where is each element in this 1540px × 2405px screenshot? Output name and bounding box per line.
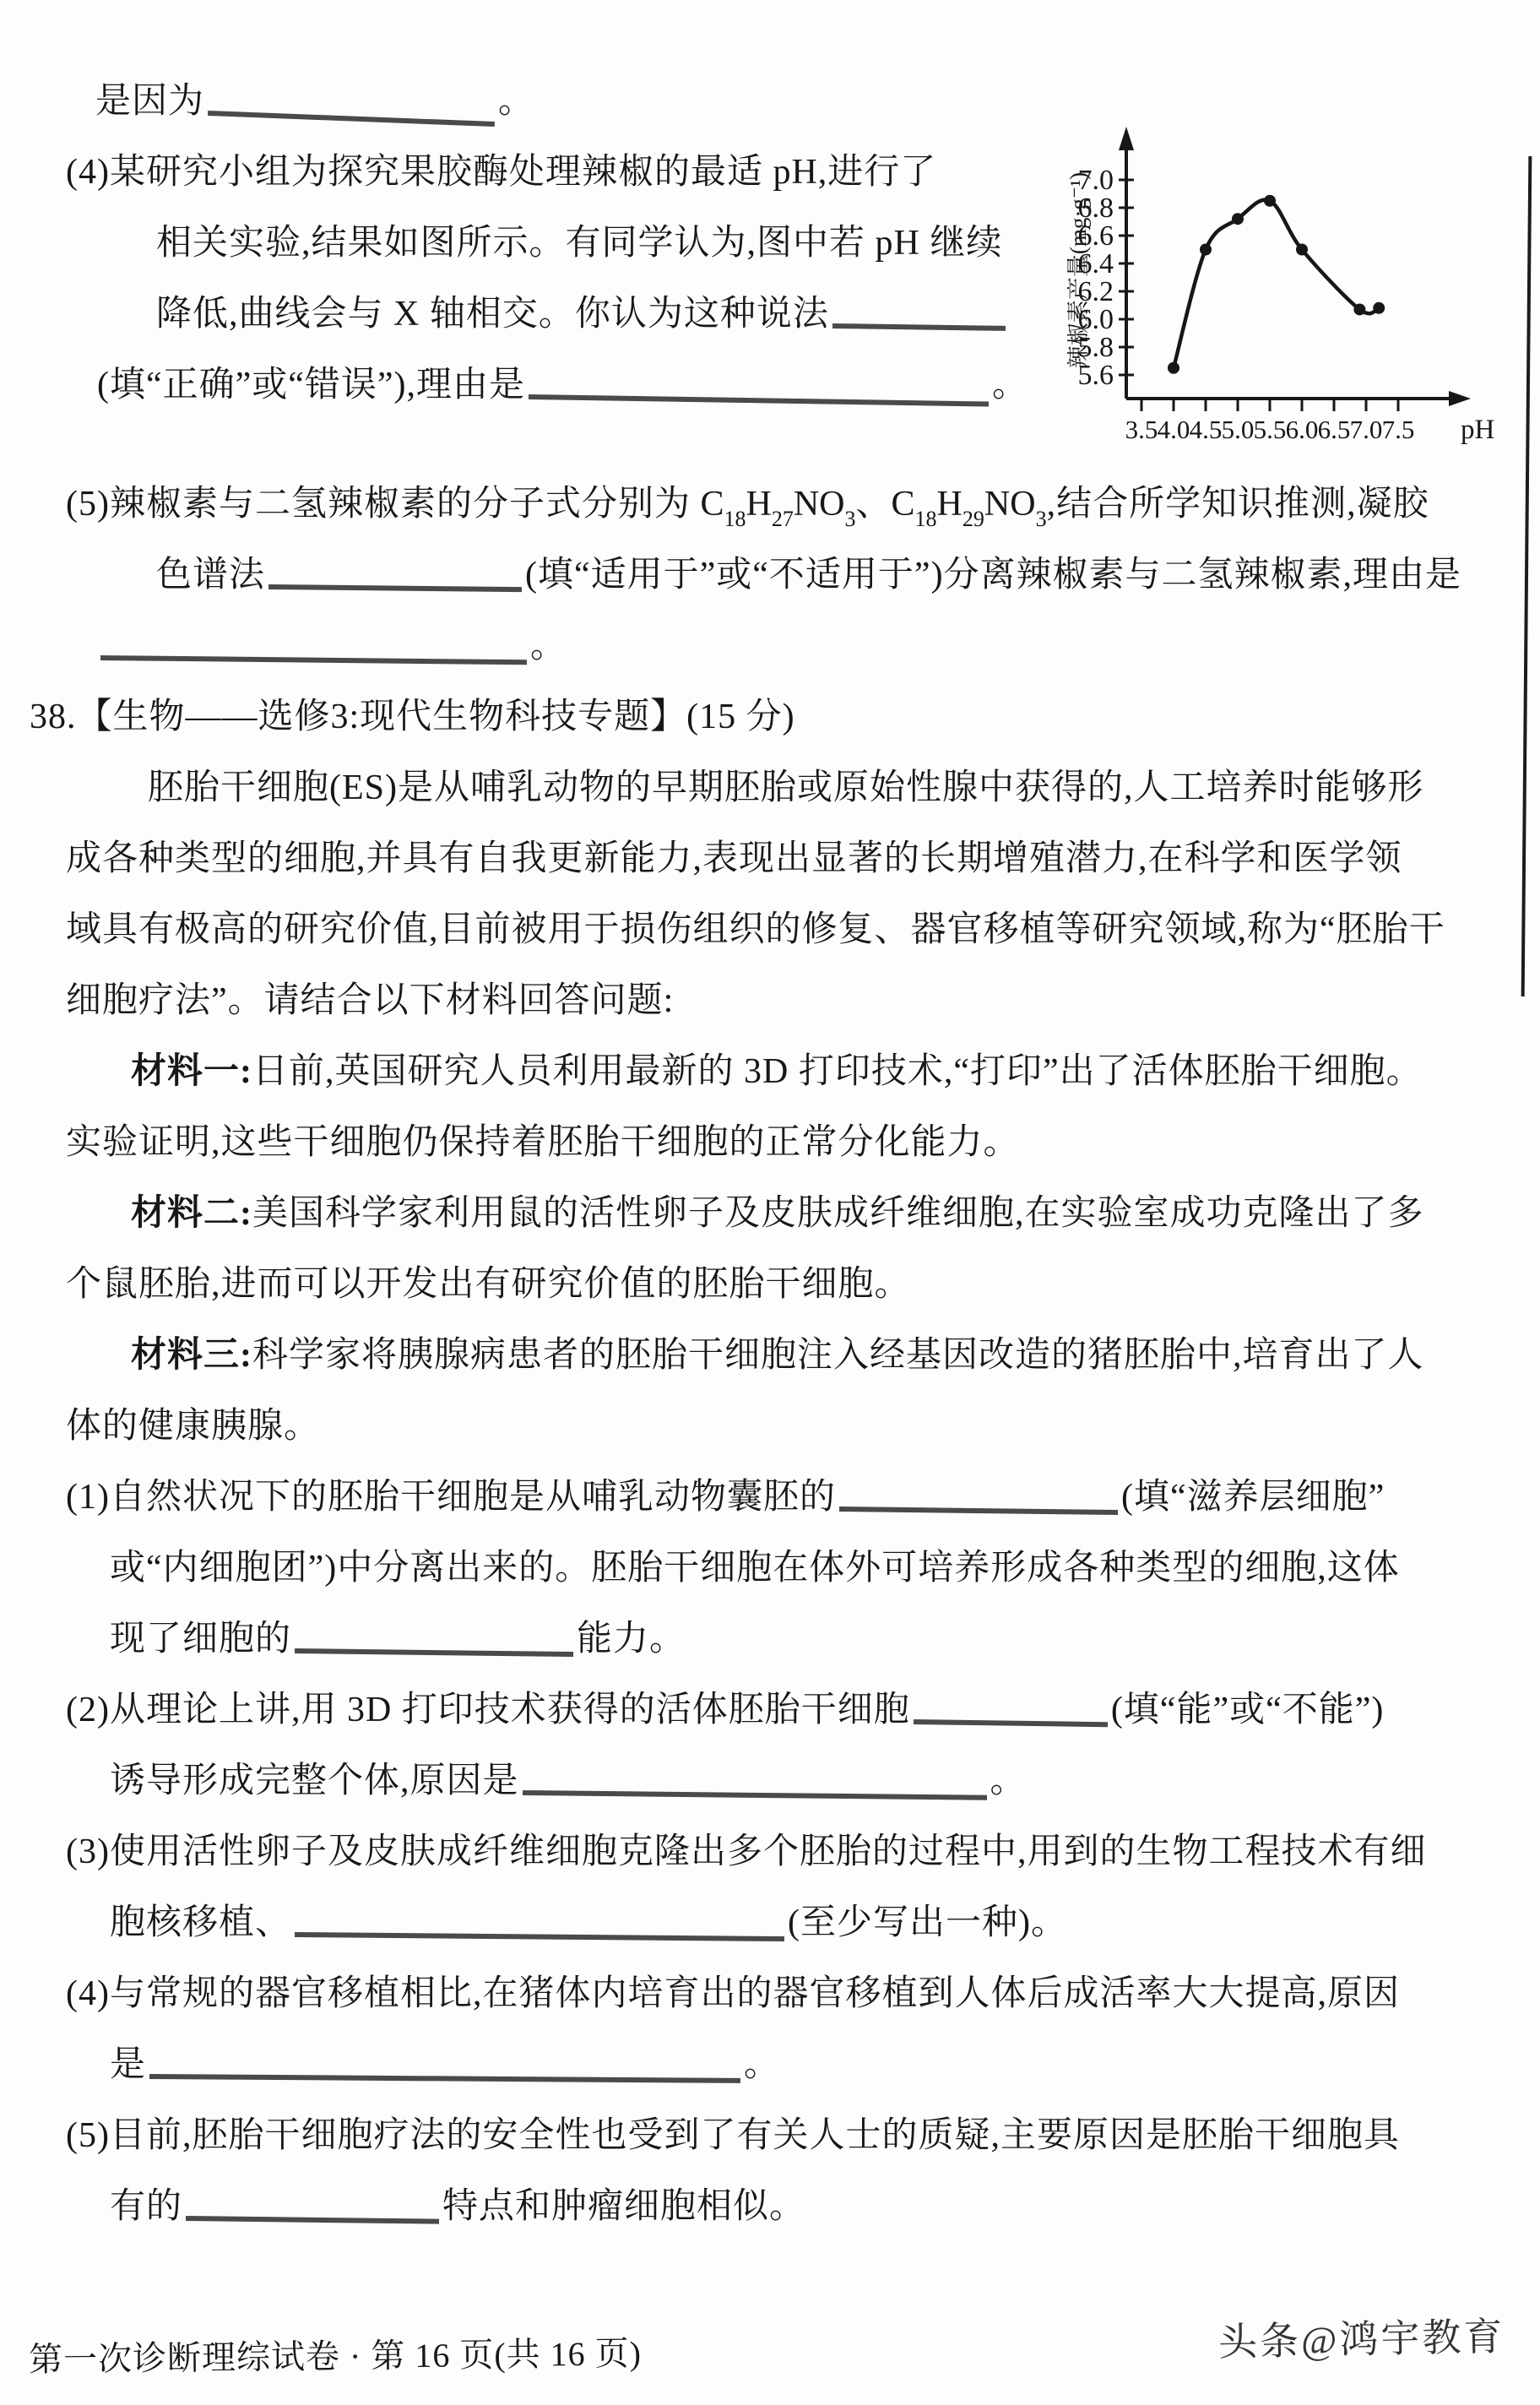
text-run: 诱导形成完整个体,原因是 (110, 1762, 519, 1800)
text-line: 现了细胞的能力。 (110, 1604, 1540, 1675)
text-run: ,结合所学知识推测,凝胶 (1047, 485, 1429, 524)
text-run: (至少写出一种)。 (788, 1903, 1067, 1942)
text-run: 胞核移植、 (110, 1903, 291, 1942)
top-left-lines: 是因为。(4)某研究小组为探究果胶酶处理辣椒的最适 pH,进行了相关实验,结果如… (0, 47, 1067, 421)
svg-text:6.0: 6.0 (1286, 415, 1319, 444)
text-line: (1)自然状况下的胚胎干细胞是从哺乳动物囊胚的(填“滋养层细胞” (66, 1462, 1540, 1533)
formula-subscript: 3 (1036, 507, 1047, 531)
material-label: 材料一: (131, 1052, 252, 1091)
text-run: 科学家将胰腺病患者的胚胎干细胞注入经基因改造的猪胚胎中,培育出了人 (252, 1336, 1424, 1375)
footer-page-number: 第一次诊断理综试卷 · 第 16 页(共 16 页) (29, 2326, 643, 2381)
text-line: 个鼠胚胎,进而可以开发出有研究价值的胚胎干细胞。 (66, 1249, 1540, 1320)
text-run: 色谱法 (156, 556, 265, 594)
text-line: 成各种类型的细胞,并具有自我更新能力,表现出显著的长期增殖潜力,在科学和医学领 (66, 823, 1540, 894)
svg-text:4.0: 4.0 (1158, 415, 1190, 444)
answer-blank (186, 2216, 439, 2224)
text-run: 实验证明,这些干细胞仍保持着胚胎干细胞的正常分化能力。 (66, 1123, 1020, 1162)
text-run: 成各种类型的细胞,并具有自我更新能力,表现出显著的长期增殖潜力,在科学和医学领 (66, 839, 1402, 878)
text-run: (1)自然状况下的胚胎干细胞是从哺乳动物囊胚的 (66, 1478, 836, 1517)
text-line: 材料二:美国科学家利用鼠的活性卵子及皮肤成纤维细胞,在实验室成功克隆出了多 (131, 1178, 1540, 1249)
formula-subscript: 18 (724, 507, 746, 531)
formula-base: NO (794, 485, 845, 524)
top-section: 是因为。(4)某研究小组为探究果胶酶处理辣椒的最适 pH,进行了相关实验,结果如… (0, 47, 1540, 453)
text-line: (填“正确”或“错误”),理由是。 (97, 350, 1067, 421)
text-run: 美国科学家利用鼠的活性卵子及皮肤成纤维细胞,在实验室成功克隆出了多 (252, 1194, 1424, 1233)
text-run: 是因为 (95, 82, 204, 121)
text-run: 胚胎干细胞(ES)是从哺乳动物的早期胚胎或原始性腺中获得的,人工培养时能够形 (148, 768, 1424, 807)
text-line: 38.【生物——选修3:现代生物科技专题】(15 分) (30, 681, 1540, 752)
text-run: 。 (992, 366, 1028, 404)
formula-base: C (892, 485, 915, 524)
text-run: 。 (530, 627, 567, 665)
capsaicin-ph-line-chart: 3.54.04.55.05.56.06.57.07.5pH5.65.86.06.… (1067, 78, 1506, 449)
formula-base: H (746, 485, 772, 524)
text-run: (填“能”或“不能”) (1111, 1691, 1385, 1729)
text-line: 胚胎干细胞(ES)是从哺乳动物的早期胚胎或原始性腺中获得的,人工培养时能够形 (148, 752, 1540, 823)
text-run: (填“滋养层细胞” (1121, 1478, 1385, 1517)
svg-text:4.5: 4.5 (1190, 415, 1223, 444)
formula-base: 、 (856, 485, 892, 524)
formula-subscript: 3 (845, 507, 856, 531)
formula-subscript: 18 (915, 507, 937, 531)
text-line: 细胞疗法”。请结合以下材料回答问题: (66, 965, 1540, 1036)
text-line: 或“内细胞团”)中分离出来的。胚胎干细胞在体外可培养形成各种类型的细胞,这体 (110, 1533, 1540, 1604)
answer-blank (149, 2074, 740, 2083)
text-run: 细胞疗法”。请结合以下材料回答问题: (66, 981, 674, 1020)
text-line: 实验证明,这些干细胞仍保持着胚胎干细胞的正常分化能力。 (66, 1107, 1540, 1178)
svg-text:辣椒素产量(mg·g⁻¹): 辣椒素产量(mg·g⁻¹) (1067, 172, 1091, 368)
text-line: 是因为。 (95, 66, 1067, 137)
text-run: 。 (744, 2045, 780, 2084)
text-run: 降低,曲线会与 X 轴相交。你认为这种说法 (156, 295, 829, 334)
text-run: 38.【生物——选修3:现代生物科技专题】(15 分) (30, 698, 795, 736)
answer-blank (208, 111, 495, 127)
text-line: 是。 (110, 2029, 1540, 2100)
text-line: 胞核移植、(至少写出一种)。 (110, 1887, 1540, 1958)
text-line: (4)某研究小组为探究果胶酶处理辣椒的最适 pH,进行了 (66, 137, 1067, 208)
text-run: 是 (110, 2045, 146, 2084)
text-run: (5)辣椒素与二氢辣椒素的分子式分别为 (66, 485, 700, 524)
text-line: 色谱法(填“适用于”或“不适用于”)分离辣椒素与二氢辣椒素,理由是 (156, 540, 1540, 611)
text-run: (3)使用活性卵子及皮肤成纤维细胞克隆出多个胚胎的过程中,用到的生物工程技术有细 (66, 1832, 1426, 1871)
text-run: (填“适用于”或“不适用于”)分离辣椒素与二氢辣椒素,理由是 (525, 556, 1461, 594)
text-line: 。 (97, 611, 1540, 681)
text-run: 现了细胞的 (110, 1620, 291, 1659)
text-line: 材料三:科学家将胰腺病患者的胚胎干细胞注入经基因改造的猪胚胎中,培育出了人 (131, 1320, 1540, 1391)
text-line: 体的健康胰腺。 (66, 1391, 1540, 1462)
svg-text:3.5: 3.5 (1125, 415, 1158, 444)
text-run: (填“正确”或“错误”),理由是 (97, 366, 525, 404)
text-line: (5)目前,胚胎干细胞疗法的安全性也受到了有关人士的质疑,主要原因是胚胎干细胞具 (66, 2100, 1540, 2171)
text-line: (4)与常规的器官移植相比,在猪体内培育出的器官移植到人体后成活率大大提高,原因 (66, 1958, 1540, 2029)
text-line: 诱导形成完整个体,原因是。 (110, 1745, 1540, 1816)
text-run: (2)从理论上讲,用 3D 打印技术获得的活体胚胎干细胞 (66, 1691, 910, 1729)
svg-text:5.5: 5.5 (1254, 415, 1287, 444)
text-run: 或“内细胞团”)中分离出来的。胚胎干细胞在体外可培养形成各种类型的细胞,这体 (110, 1549, 1400, 1588)
answer-blank (914, 1719, 1108, 1727)
text-run: (4)与常规的器官移植相比,在猪体内培育出的器官移植到人体后成活率大大提高,原因 (66, 1974, 1400, 2013)
answer-blank (529, 394, 989, 407)
answer-blank (295, 1932, 784, 1941)
text-line: (2)从理论上讲,用 3D 打印技术获得的活体胚胎干细胞(填“能”或“不能”) (66, 1675, 1540, 1745)
svg-text:7.0: 7.0 (1350, 415, 1383, 444)
answer-blank (268, 584, 522, 592)
text-run: 日前,英国研究人员利用最新的 3D 打印技术,“打印”出了活体胚胎干细胞。 (252, 1052, 1423, 1091)
formula-subscript: 27 (772, 507, 794, 531)
svg-text:7.5: 7.5 (1382, 415, 1415, 444)
formula-base: NO (984, 485, 1036, 524)
text-run: 体的健康胰腺。 (66, 1407, 320, 1446)
text-run: 域具有极高的研究价值,目前被用于损伤组织的修复、器官移植等研究领域,称为“胚胎干 (66, 910, 1445, 949)
text-line: (5)辣椒素与二氢辣椒素的分子式分别为 C18H27NO3、C18H29NO3,… (66, 469, 1540, 540)
chart-area: 3.54.04.55.05.56.06.57.07.5pH5.65.86.06.… (1067, 47, 1540, 453)
answer-blank (832, 323, 1006, 331)
page-content: 是因为。(4)某研究小组为探究果胶酶处理辣椒的最适 pH,进行了相关实验,结果如… (0, 47, 1540, 2242)
text-run: (4)某研究小组为探究果胶酶处理辣椒的最适 pH,进行了 (66, 153, 936, 192)
svg-text:6.5: 6.5 (1318, 415, 1351, 444)
answer-blank (839, 1507, 1118, 1515)
text-line: 相关实验,结果如图所示。有同学认为,图中若 pH 继续 (156, 208, 1067, 279)
text-line: 材料一:日前,英国研究人员利用最新的 3D 打印技术,“打印”出了活体胚胎干细胞… (131, 1036, 1540, 1107)
text-line: 有的特点和肿瘤细胞相似。 (110, 2171, 1540, 2242)
text-run: 。 (498, 82, 534, 121)
text-run: 特点和肿瘤细胞相似。 (442, 2187, 805, 2226)
text-run: 有的 (110, 2187, 182, 2226)
answer-blank (295, 1648, 573, 1657)
material-label: 材料二: (131, 1194, 252, 1233)
chemical-formula: C18H27NO3、C18H29NO3 (700, 485, 1046, 524)
formula-subscript: 29 (962, 507, 984, 531)
formula-base: C (700, 485, 724, 524)
text-run: 能力。 (577, 1620, 686, 1659)
svg-text:5.0: 5.0 (1222, 415, 1255, 444)
answer-blank (100, 655, 527, 665)
answer-blank (523, 1790, 987, 1800)
text-run: 。 (990, 1762, 1027, 1800)
scanned-exam-page: 是因为。(4)某研究小组为探究果胶酶处理辣椒的最适 pH,进行了相关实验,结果如… (0, 0, 1540, 2405)
body-lines: (5)辣椒素与二氢辣椒素的分子式分别为 C18H27NO3、C18H29NO3,… (0, 469, 1540, 2242)
material-label: 材料三: (131, 1336, 252, 1375)
text-line: 降低,曲线会与 X 轴相交。你认为这种说法 (156, 279, 1067, 350)
text-line: 域具有极高的研究价值,目前被用于损伤组织的修复、器官移植等研究领域,称为“胚胎干 (66, 894, 1540, 965)
svg-text:pH: pH (1461, 415, 1494, 445)
text-run: (5)目前,胚胎干细胞疗法的安全性也受到了有关人士的质疑,主要原因是胚胎干细胞具 (66, 2116, 1400, 2155)
footer-watermark: 头条@鸿宇教育 (1217, 2305, 1505, 2367)
text-run: 相关实验,结果如图所示。有同学认为,图中若 pH 继续 (156, 224, 1002, 263)
formula-base: H (937, 485, 962, 524)
text-line: (3)使用活性卵子及皮肤成纤维细胞克隆出多个胚胎的过程中,用到的生物工程技术有细 (66, 1816, 1540, 1887)
text-run: 个鼠胚胎,进而可以开发出有研究价值的胚胎干细胞。 (66, 1265, 911, 1304)
